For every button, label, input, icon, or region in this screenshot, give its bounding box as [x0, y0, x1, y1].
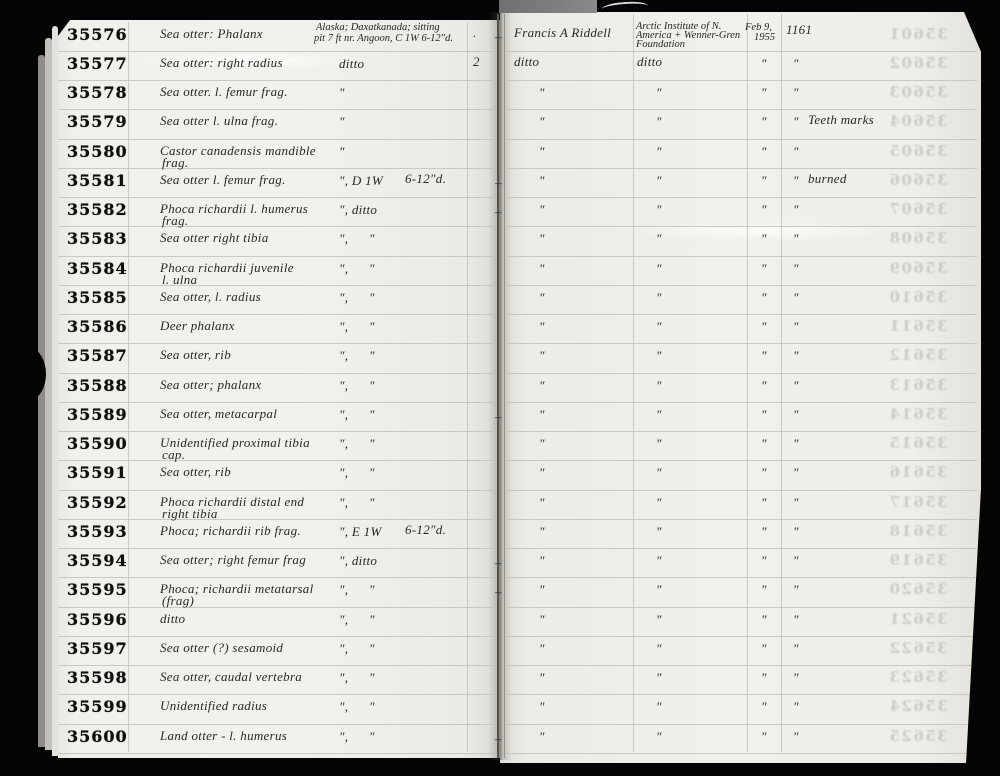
date-ditto-mark: ": [761, 583, 767, 596]
collector-ditto-mark: ": [539, 496, 545, 509]
date-ditto-mark: ": [761, 86, 767, 99]
donor-ditto-mark: ": [656, 203, 662, 216]
bleedthrough-number: 35603: [888, 85, 948, 100]
bleedthrough-number: 35619: [888, 553, 948, 568]
collector-ditto-mark: ": [539, 671, 545, 684]
locality-ditto-mark: ": [369, 262, 375, 275]
ledger-row: 35592Phoca richardii distal endright tib…: [0, 490, 1000, 519]
accession-ditto-mark: ": [793, 466, 799, 479]
ledger-row: 35582Phoca richardii l. humerusfrag.", d…: [0, 197, 1000, 226]
donor-ditto-mark: ": [656, 700, 662, 713]
specimen-description: Unidentified radius: [160, 699, 267, 712]
donor-ditto-mark: ": [656, 349, 662, 362]
catalog-number: 35580: [67, 144, 128, 160]
specimen-description: Phoca; richardii rib frag.: [160, 524, 301, 537]
locality-ditto-mark: ": [369, 232, 375, 245]
date-ditto-mark: ": [761, 174, 767, 187]
collector-ditto-mark: ": [539, 583, 545, 596]
bleedthrough-number: 35617: [888, 495, 948, 510]
quantity: .: [473, 26, 477, 39]
ledger-row: 35598Sea otter, caudal vertebra","""""35…: [0, 665, 1000, 694]
accession-ditto-mark: ": [793, 496, 799, 509]
specimen-description: Sea otter: right radius: [160, 56, 283, 69]
accession-ditto-mark: ": [793, 291, 799, 304]
fold-mark: –: [495, 176, 502, 189]
catalog-number: 35590: [67, 436, 128, 452]
locality-ditto-mark: ": [369, 700, 375, 713]
date-ditto-mark: ": [761, 379, 767, 392]
accession-ditto-mark: ": [793, 700, 799, 713]
bleedthrough-number: 35622: [888, 641, 948, 656]
donor-ditto-mark: ": [656, 115, 662, 128]
locality-ditto-mark: ",: [339, 613, 348, 626]
donor-ditto-mark: ": [656, 525, 662, 538]
specimen-description-line2: frag.: [162, 214, 188, 227]
locality-ditto-mark: ",: [339, 262, 348, 275]
specimen-description: ditto: [160, 612, 185, 625]
depth-notation: 6-12"d.: [405, 172, 446, 185]
specimen-description: Sea otter right tibia: [160, 231, 269, 244]
accession-ditto-mark: ": [793, 145, 799, 158]
accession-ditto-mark: ": [793, 525, 799, 538]
donor-ditto-mark: ": [656, 496, 662, 509]
accession-ditto-mark: ": [793, 262, 799, 275]
locality-ditto-mark: ",: [339, 437, 348, 450]
accession-ditto-mark: ": [793, 379, 799, 392]
ledger-row: 35579Sea otter l. ulna frag."""""Teeth m…: [0, 109, 1000, 138]
locality-ditto-mark: ",: [339, 349, 348, 362]
date-ditto-mark: ": [761, 349, 767, 362]
accession-ditto-mark: ": [793, 642, 799, 655]
catalog-number: 35594: [67, 553, 128, 569]
specimen-description: Sea otter, caudal vertebra: [160, 670, 302, 683]
ledger-row: 35578Sea otter. l. femur frag."""""35603: [0, 80, 1000, 109]
ledger-row: 35588Sea otter; phalanx","""""35613: [0, 373, 1000, 402]
bleedthrough-number: 35602: [888, 56, 948, 71]
donor-ditto-mark: ": [656, 466, 662, 479]
collector-ditto-mark: ": [539, 613, 545, 626]
specimen-description: Sea otter. l. femur frag.: [160, 85, 288, 98]
locality-ditto-mark: ": [369, 613, 375, 626]
collector-ditto-mark: ": [539, 145, 545, 158]
donor-ditto-mark: ": [656, 613, 662, 626]
locality-ditto-mark: ",: [339, 700, 348, 713]
bleedthrough-number: 35610: [888, 290, 948, 305]
locality-ditto-mark: ": [369, 496, 375, 509]
locality-ditto-mark: ": [339, 145, 345, 158]
ledger-row: 35586Deer phalanx","""""35611: [0, 314, 1000, 343]
specimen-description: Sea otter, metacarpal: [160, 407, 277, 420]
locality-ditto-mark: ": [369, 730, 375, 743]
collector-name: ditto: [514, 55, 539, 68]
date-ditto-mark: ": [761, 115, 767, 128]
locality-ditto-mark: ",: [339, 408, 348, 421]
locality-line2: pit 7 ft nr. Angoon, C 1W 6-12"d.: [314, 34, 453, 45]
locality-ditto-mark: ": [339, 86, 345, 99]
bleedthrough-number: 35614: [888, 407, 948, 422]
bleedthrough-number: 35606: [888, 173, 948, 188]
specimen-description: Deer phalanx: [160, 319, 235, 332]
catalog-number: 35595: [67, 582, 128, 598]
locality-ditto-mark: ": [369, 291, 375, 304]
donor-ditto-mark: ": [656, 437, 662, 450]
locality-ditto-mark: ": [339, 115, 345, 128]
accession-ditto-mark: ": [793, 203, 799, 216]
ledger-row: 35587Sea otter, rib","""""35612: [0, 343, 1000, 372]
donor-ditto-mark: ": [656, 262, 662, 275]
accession-ditto-mark: ": [793, 730, 799, 743]
depth-notation: 6-12"d.: [405, 523, 446, 536]
date-ditto-mark: ": [761, 437, 767, 450]
collector-ditto-mark: ": [539, 291, 545, 304]
donor-line3: Foundation: [636, 40, 685, 51]
ruled-line: [505, 753, 977, 754]
donor-ditto-mark: ": [656, 320, 662, 333]
collector-ditto-mark: ": [539, 379, 545, 392]
bleedthrough-number: 35605: [888, 144, 948, 159]
date-ditto-mark: ": [761, 671, 767, 684]
specimen-description-line2: cap.: [162, 448, 185, 461]
ledger-row: 35577Sea otter: right radiusditto2dittod…: [0, 51, 1000, 80]
specimen-description-line2: right tibia: [162, 507, 218, 520]
ruled-line: [58, 753, 497, 754]
locality-ditto-mark: ",: [339, 466, 348, 479]
ledger-row: 35581Sea otter l. femur frag.", D 1W6-12…: [0, 168, 1000, 197]
collector-ditto-mark: ": [539, 349, 545, 362]
catalog-number: 35591: [67, 465, 128, 481]
gray-bookmark-tab: [499, 0, 597, 13]
ledger-row: 35599Unidentified radius","""""35624: [0, 694, 1000, 723]
ledger-row: 35583Sea otter right tibia","""""35608: [0, 226, 1000, 255]
accession-ditto-mark: ": [793, 86, 799, 99]
collector-ditto-mark: ": [539, 115, 545, 128]
ledger-row: 35585Sea otter, l. radius","""""35610: [0, 285, 1000, 314]
ledger-row: 35576Sea otter: PhalanxAlaska; Daxatkana…: [0, 22, 1000, 51]
collector-ditto-mark: ": [539, 700, 545, 713]
accession-ditto-mark: ": [793, 437, 799, 450]
locality-ditto-mark: ": [369, 408, 375, 421]
specimen-description: Land otter - l. humerus: [160, 729, 287, 742]
date-ditto-mark: ": [761, 496, 767, 509]
date-ditto-mark: ": [761, 145, 767, 158]
catalog-number: 35586: [67, 319, 128, 335]
specimen-description: Sea otter; right femur frag: [160, 553, 306, 566]
donor-ditto-mark: ": [656, 730, 662, 743]
catalog-number: 35577: [67, 56, 128, 72]
catalog-number: 35588: [67, 378, 128, 394]
date-ditto-mark: ": [761, 57, 767, 70]
locality-ditto-mark: ditto: [339, 57, 364, 70]
quantity: 2: [473, 55, 480, 68]
catalog-number: 35583: [67, 231, 128, 247]
remark: burned: [808, 172, 847, 185]
ledger-row: 35593Phoca; richardii rib frag.", E 1W6-…: [0, 519, 1000, 548]
ledger-row: 35597Sea otter (?) sesamoid","""""35622: [0, 636, 1000, 665]
donor-ditto-mark: ": [656, 408, 662, 421]
collector-ditto-mark: ": [539, 320, 545, 333]
donor-ditto-mark: ": [656, 86, 662, 99]
bleedthrough-number: 35609: [888, 261, 948, 276]
fold-mark: –: [495, 205, 502, 218]
specimen-description: Sea otter; phalanx: [160, 378, 261, 391]
accession-ditto-mark: ": [793, 320, 799, 333]
collector-ditto-mark: ": [539, 525, 545, 538]
donor-ditto-mark: ": [656, 145, 662, 158]
date-line2: 1955: [754, 33, 775, 44]
catalog-number: 35593: [67, 524, 128, 540]
fold-mark: –: [495, 556, 502, 569]
date-ditto-mark: ": [761, 700, 767, 713]
accession-ditto-mark: ": [793, 408, 799, 421]
locality-ditto-mark: ", E 1W: [339, 525, 382, 538]
ledger-row: 35589Sea otter, metacarpal","""""–35614: [0, 402, 1000, 431]
locality-ditto-mark: ": [369, 671, 375, 684]
donor-ditto-mark: ": [656, 291, 662, 304]
date-ditto-mark: ": [761, 525, 767, 538]
locality-ditto-mark: ",: [339, 496, 348, 509]
accession-ditto-mark: ": [793, 174, 799, 187]
accession-ditto-mark: ": [793, 115, 799, 128]
collector-ditto-mark: ": [539, 262, 545, 275]
fold-mark: –: [495, 585, 502, 598]
donor-ditto-mark: ": [656, 583, 662, 596]
collector-ditto-mark: ": [539, 466, 545, 479]
catalog-number: 35576: [67, 27, 128, 43]
ledger-row: 35590Unidentified proximal tibiacap.",""…: [0, 431, 1000, 460]
ledger-row: 35594Sea otter; right femur frag", ditto…: [0, 548, 1000, 577]
fold-mark: –: [495, 732, 502, 745]
collector-ditto-mark: ": [539, 174, 545, 187]
ledger-row: 35596ditto","""""35621: [0, 607, 1000, 636]
collector-ditto-mark: ": [539, 730, 545, 743]
bleedthrough-number: 35607: [888, 202, 948, 217]
collector-ditto-mark: ": [539, 232, 545, 245]
date-ditto-mark: ": [761, 730, 767, 743]
bleedthrough-number: 35615: [888, 436, 948, 451]
locality-ditto-mark: ",: [339, 671, 348, 684]
date-ditto-mark: ": [761, 291, 767, 304]
collector-ditto-mark: ": [539, 642, 545, 655]
locality-ditto-mark: ": [369, 583, 375, 596]
fold-mark: –: [495, 410, 502, 423]
collector-ditto-mark: ": [539, 86, 545, 99]
specimen-description: Sea otter: Phalanx: [160, 27, 263, 40]
locality-ditto-mark: ",: [339, 730, 348, 743]
catalog-number: 35585: [67, 290, 128, 306]
catalog-number: 35600: [67, 729, 128, 745]
accession-ditto-mark: ": [793, 349, 799, 362]
date-ditto-mark: ": [761, 262, 767, 275]
collector-name: Francis A Riddell: [514, 26, 611, 39]
specimen-description-line2: frag.: [162, 156, 188, 169]
date-ditto-mark: ": [761, 232, 767, 245]
locality: Alaska; Daxatkanada; sitting: [316, 23, 440, 34]
donor-ditto-mark: ": [656, 174, 662, 187]
bleedthrough-number: 35604: [888, 114, 948, 129]
accession-ditto-mark: ": [793, 57, 799, 70]
locality-ditto-mark: ",: [339, 232, 348, 245]
catalog-number: 35598: [67, 670, 128, 686]
date-ditto-mark: ": [761, 642, 767, 655]
specimen-description: Sea otter, rib: [160, 465, 231, 478]
accession-ditto-mark: ": [793, 554, 799, 567]
catalog-number: 35582: [67, 202, 128, 218]
donor-ditto-mark: ": [656, 232, 662, 245]
catalog-number: 35584: [67, 261, 128, 277]
donor-name: ditto: [637, 55, 662, 68]
locality-ditto-mark: ": [369, 437, 375, 450]
remark: Teeth marks: [808, 113, 874, 126]
bleedthrough-number: 35618: [888, 524, 948, 539]
donor-ditto-mark: ": [656, 379, 662, 392]
catalog-number: 35587: [67, 348, 128, 364]
bleedthrough-number: 35621: [888, 612, 948, 627]
locality-ditto-mark: ",: [339, 291, 348, 304]
specimen-description: Sea otter, rib: [160, 348, 231, 361]
donor-ditto-mark: ": [656, 554, 662, 567]
bleedthrough-number: 35625: [888, 729, 948, 744]
collector-ditto-mark: ": [539, 554, 545, 567]
locality-ditto-mark: ",: [339, 642, 348, 655]
accession-number: 1161: [786, 23, 812, 36]
bleedthrough-number: 35612: [888, 348, 948, 363]
catalog-number: 35579: [67, 114, 128, 130]
accession-ditto-mark: ": [793, 613, 799, 626]
locality-ditto-mark: ",: [339, 583, 348, 596]
bleedthrough-number: 35613: [888, 378, 948, 393]
locality-ditto-mark: ": [369, 466, 375, 479]
accession-ditto-mark: ": [793, 583, 799, 596]
locality-ditto-mark: ": [369, 379, 375, 392]
date-ditto-mark: ": [761, 320, 767, 333]
accession-ditto-mark: ": [793, 232, 799, 245]
catalog-number: 35578: [67, 85, 128, 101]
donor-ditto-mark: ": [656, 671, 662, 684]
catalog-number: 35581: [67, 173, 128, 189]
bleedthrough-number: 35608: [888, 231, 948, 246]
catalog-number: 35589: [67, 407, 128, 423]
bleedthrough-number: 35620: [888, 582, 948, 597]
date-ditto-mark: ": [761, 408, 767, 421]
specimen-description-line2: l. ulna: [162, 273, 197, 286]
specimen-description-line2: (frag): [162, 594, 194, 607]
fold-mark: –: [495, 30, 502, 43]
locality-ditto-mark: ",: [339, 320, 348, 333]
date-ditto-mark: ": [761, 554, 767, 567]
catalog-number: 35592: [67, 495, 128, 511]
catalog-number: 35597: [67, 641, 128, 657]
bleedthrough-number: 35611: [888, 319, 948, 334]
date-ditto-mark: ": [761, 203, 767, 216]
bleedthrough-number: 35616: [888, 465, 948, 480]
locality-ditto-mark: ": [369, 642, 375, 655]
date-ditto-mark: ": [761, 466, 767, 479]
bleedthrough-number: 35624: [888, 699, 948, 714]
specimen-description: Sea otter (?) sesamoid: [160, 641, 283, 654]
scanned-ledger-photo: 35576Sea otter: PhalanxAlaska; Daxatkana…: [0, 0, 1000, 776]
locality-ditto-mark: ", D 1W: [339, 174, 383, 187]
collector-ditto-mark: ": [539, 437, 545, 450]
locality-ditto-mark: ": [369, 349, 375, 362]
locality-ditto-mark: ", ditto: [339, 554, 377, 567]
specimen-description: Sea otter, l. radius: [160, 290, 261, 303]
ledger-row: 35591Sea otter, rib","""""35616: [0, 460, 1000, 489]
catalog-number: 35596: [67, 612, 128, 628]
ledger-row: 35584Phoca richardii juvenilel. ulna",""…: [0, 256, 1000, 285]
collector-ditto-mark: ": [539, 408, 545, 421]
locality-ditto-mark: ",: [339, 379, 348, 392]
ledger-row: 35600Land otter - l. humerus","""""–3562…: [0, 724, 1000, 753]
locality-ditto-mark: ", ditto: [339, 203, 377, 216]
bleedthrough-number: 35623: [888, 670, 948, 685]
bleedthrough-number: 35601: [888, 27, 948, 42]
ledger-row: 35580Castor canadensis mandiblefrag.""""…: [0, 139, 1000, 168]
ledger-row: 35595Phoca; richardii metatarsal(frag)",…: [0, 577, 1000, 606]
specimen-description: Sea otter l. femur frag.: [160, 173, 286, 186]
locality-ditto-mark: ": [369, 320, 375, 333]
catalog-number: 35599: [67, 699, 128, 715]
date-ditto-mark: ": [761, 613, 767, 626]
collector-ditto-mark: ": [539, 203, 545, 216]
specimen-description: Sea otter l. ulna frag.: [160, 114, 278, 127]
accession-ditto-mark: ": [793, 671, 799, 684]
donor-ditto-mark: ": [656, 642, 662, 655]
